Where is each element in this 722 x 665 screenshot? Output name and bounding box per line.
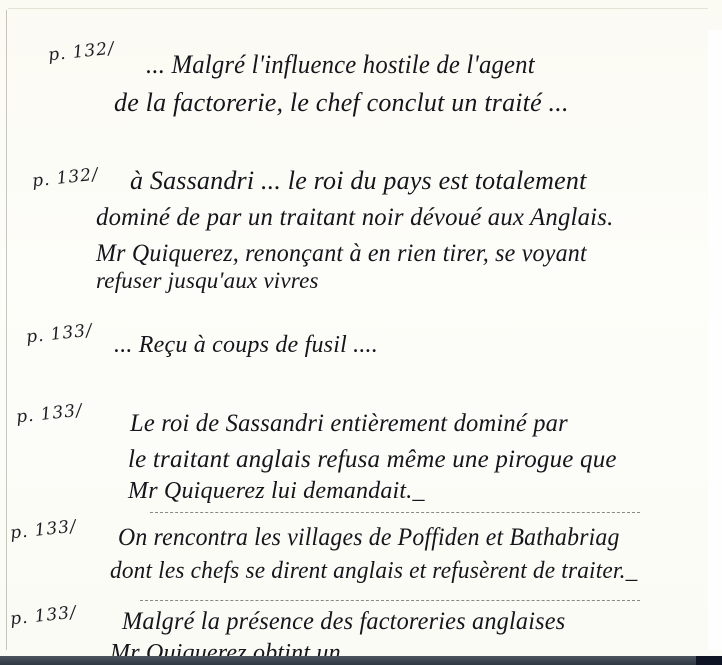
scanned-document-page: p. 132/ ... Malgré l'influence hostile d… xyxy=(0,0,722,665)
note-line: Mr Quiquerez lui demandait._ xyxy=(128,478,425,505)
note-line: le traitant anglais refusa même une piro… xyxy=(128,446,617,474)
note-line: ... Reçu à coups de fusil .... xyxy=(114,332,378,359)
dashed-separator xyxy=(140,600,640,601)
page-reference: p. 133/ xyxy=(25,321,94,348)
page-top-edge xyxy=(8,8,708,9)
note-line: On rencontra les villages de Poffiden et… xyxy=(118,524,620,552)
note-line: dominé de par un traitant noir dévoué au… xyxy=(96,204,613,232)
page-reference: p. 133/ xyxy=(15,401,84,428)
page-reference: p. 132/ xyxy=(31,165,100,192)
note-line: ... Malgré l'influence hostile de l'agen… xyxy=(146,50,535,80)
note-line: Le roi de Sassandri entièrement dominé p… xyxy=(130,410,568,438)
scan-edge-corner xyxy=(696,656,722,665)
note-line: à Sassandri ... le roi du pays est total… xyxy=(130,166,587,196)
note-line: refuser jusqu'aux vivres xyxy=(96,268,319,294)
scan-edge-band xyxy=(0,656,722,665)
page-reference: p. 133/ xyxy=(9,603,78,630)
page-right-margin xyxy=(708,30,722,650)
page-reference: p. 132/ xyxy=(47,39,116,66)
page-left-edge xyxy=(6,10,7,650)
page-reference: p. 133/ xyxy=(9,517,78,544)
note-line: Malgré la présence des factoreries angla… xyxy=(122,608,565,636)
note-line: Mr Quiquerez, renonçant à en rien tirer,… xyxy=(96,240,587,268)
dashed-separator xyxy=(150,512,640,513)
note-line: dont les chefs se dirent anglais et refu… xyxy=(110,558,637,585)
note-line: de la factorerie, le chef conclut un tra… xyxy=(114,88,569,118)
